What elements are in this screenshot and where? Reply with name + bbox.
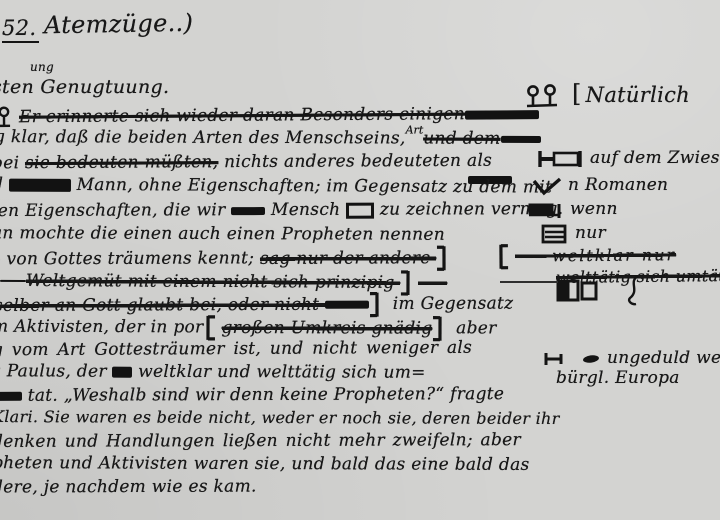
insertion-bracket-icon: [497, 244, 509, 270]
handwritten-text: len Eigenschaften, die wir: [0, 200, 231, 221]
manuscript-line: an mochte die einen auch einen Propheten…: [0, 222, 445, 246]
ink-dash: [465, 110, 539, 120]
interline-correction: ung: [30, 60, 54, 74]
pen-blob-icon: [581, 353, 601, 365]
margin-note: wenn: [528, 199, 618, 219]
manuscript-line: tat. „Weshalb sind wir denn keine Prophe…: [0, 383, 504, 407]
handwritten-text: Mann, ohne Eigenschaften; im Gegensatz z…: [71, 175, 552, 198]
margin-note: bürgl. Europa: [556, 368, 680, 388]
margin-note: ungeduld wegen Han: [543, 348, 720, 368]
margin-note: nur: [541, 223, 606, 244]
margin-note-text: nur: [575, 223, 606, 243]
struck-text: großen Umkreis gnädig: [221, 317, 432, 338]
ink-dash: [501, 136, 541, 143]
struck-text: sie bedeuten müßten,: [25, 152, 218, 173]
handwritten-text: im Gegensatz: [387, 294, 514, 314]
manuscript-line: dere, je nachdem wie es kam.: [0, 476, 257, 499]
salutation-line: sten Genugtuung.: [0, 76, 169, 98]
interlinear-word: Art: [406, 123, 424, 136]
handwritten-text: – von Gottes träumens kennt;: [0, 248, 260, 269]
margin-note: [624, 274, 648, 308]
manuscript-line: denken und Handlungen ließen nicht mehr …: [0, 429, 521, 453]
open-bracket: [: [572, 80, 582, 108]
margin-heading-word: Natürlich: [586, 83, 690, 107]
manuscript-line: len Eigenschaften, die wir Mensch zu zei…: [0, 198, 563, 222]
handwritten-text: g klar, daß die beiden Arten des Menschs…: [0, 127, 406, 148]
margin-heading: [Natürlich: [572, 80, 690, 108]
ink-redaction-box: [0, 392, 22, 401]
handwritten-text: d: [0, 175, 9, 195]
handwritten-text: bei: [0, 153, 25, 173]
margin-note-text: auf dem Zwiespalt: [590, 148, 720, 168]
struck-text: selber an Gott glaubt bei, oder nicht: [0, 294, 325, 315]
margin-note-text: ungeduld wegen Han: [607, 348, 720, 368]
manuscript-line: pheten und Aktivisten waren sie, und bal…: [0, 452, 530, 476]
ink-open-box: [346, 202, 374, 218]
handwritten-text: an mochte die einen auch einen Propheten…: [0, 223, 445, 245]
manuscript-line: d Mann, ohne Eigenschaften; im Gegensatz…: [0, 174, 552, 199]
check-icon: [532, 176, 562, 196]
handwritten-text: dere, je nachdem wie es kam.: [0, 477, 257, 498]
struck-text: ––– weltklar nur: [515, 245, 676, 265]
page-title: Atemzüge..): [44, 9, 194, 40]
insertion-bracket-icon: [369, 292, 381, 318]
squiggle-icon: [624, 274, 642, 308]
lined-box-icon: [541, 224, 569, 244]
margin-note: auf dem Zwiespalt: [536, 148, 720, 169]
page-number: 52.: [2, 16, 39, 43]
margin-note: n Romanen: [532, 175, 668, 196]
handwritten-text: nichts anderes bedeuteten als: [218, 151, 492, 172]
small-h-bracket-icon: [543, 351, 575, 367]
manuscript-line: s Paulus, der weltklar und welttätig sic…: [0, 360, 426, 384]
struck-text: und dem: [423, 129, 500, 149]
margin-note-text: n Romanen: [568, 175, 668, 195]
ink-redaction-box: [9, 179, 71, 192]
thin-ink-line: [500, 281, 558, 283]
double-box-icon: [556, 279, 602, 303]
handwritten-text: weltklar und welttätig sich um=: [132, 362, 425, 383]
handwritten-text: s Paulus, der: [0, 361, 113, 381]
handwritten-text: Mensch: [265, 200, 346, 220]
filled-box-bracket-icon: [528, 201, 564, 219]
handwritten-text: denken und Handlungen ließen nicht mehr …: [0, 430, 521, 452]
struck-text: Weltgemüt mit einem nicht sich prinzipig: [26, 270, 400, 292]
insertion-bracket-icon: [436, 245, 448, 271]
handwritten-text: g vom Art Gottesträumer ist, und nicht w…: [0, 338, 472, 361]
manuscript-line: Klari. Sie waren es beide nicht, weder e…: [0, 406, 560, 430]
struck-text: – –: [418, 273, 447, 293]
margin-note-text: wenn: [570, 199, 618, 219]
thin-ink-line: [0, 280, 26, 282]
struck-text: sag nur der andere: [260, 248, 436, 269]
manuscript-line: g klar, daß die beiden Arten des Menschs…: [0, 126, 541, 152]
ink-dash: [231, 207, 265, 215]
margin-note: [556, 279, 608, 303]
handwritten-text: aber: [450, 318, 496, 338]
handwritten-text: tat. „Weshalb sind wir denn keine Prophe…: [22, 384, 504, 406]
ink-redaction-box: [112, 367, 132, 378]
handwritten-text: Klari. Sie waren es beide nicht, weder e…: [0, 407, 560, 428]
margin-note-text: bürgl. Europa: [556, 368, 680, 388]
h-box-bracket-icon: [536, 149, 584, 169]
manuscript-line: g vom Art Gottesträumer ist, und nicht w…: [0, 337, 472, 362]
handwritten-text: pheten und Aktivisten waren sie, und bal…: [0, 453, 530, 475]
struck-text: Er erinnerte sich wieder daran Besonders…: [19, 104, 465, 127]
manuscript-line: bei sie bedeuten müßten, nichts anderes …: [0, 150, 492, 175]
handwritten-text: m Aktivisten, der in por: [0, 317, 204, 338]
manuscript-page: 52. Atemzüge..) ung sten Genugtuung. [Na…: [0, 0, 720, 520]
ink-dash: [325, 301, 369, 309]
insertion-bracket-icon: [203, 315, 215, 341]
